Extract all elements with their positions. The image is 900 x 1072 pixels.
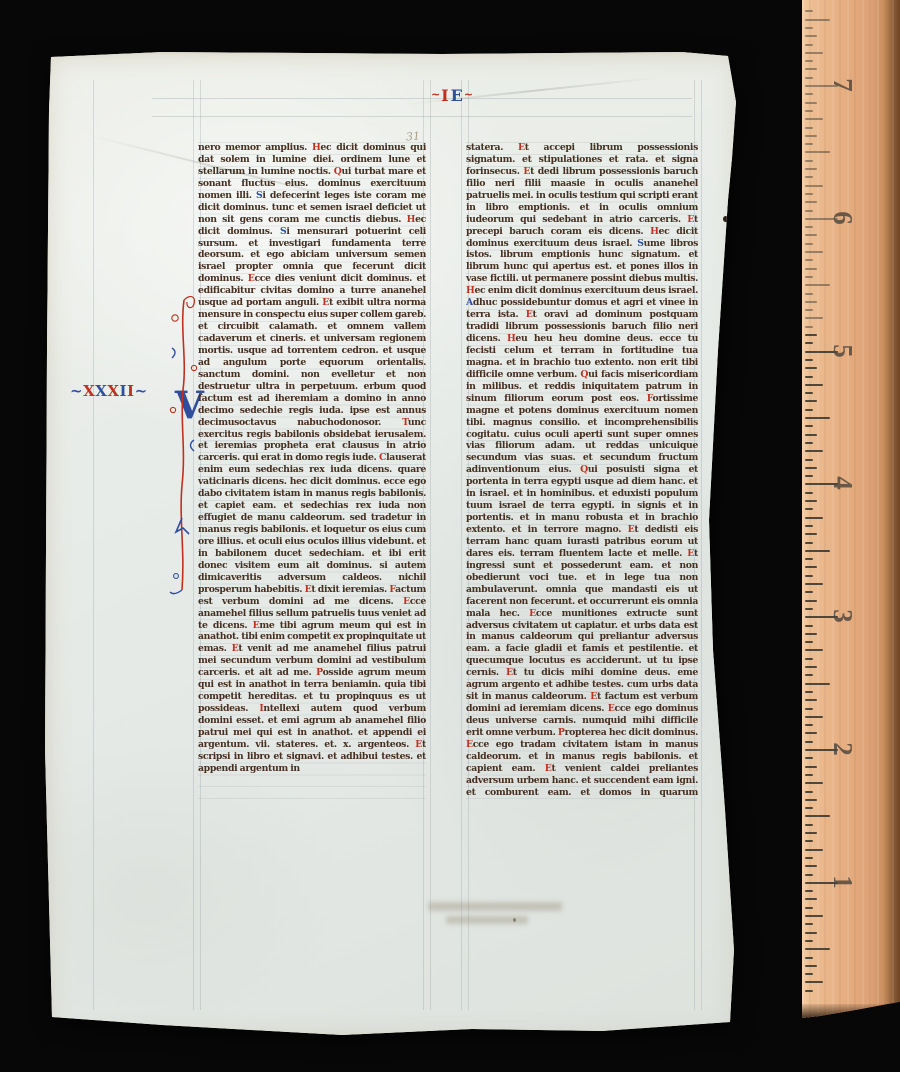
ruler-tick	[805, 135, 817, 137]
ruler-tick	[805, 301, 817, 303]
ruler-tick	[805, 434, 817, 436]
ruling-line	[461, 80, 462, 1010]
ruler-tick	[805, 791, 813, 793]
header-flourish-left-icon: ~	[431, 88, 440, 101]
ruler-tick	[805, 948, 830, 950]
ruler-tick	[805, 973, 813, 975]
ruler-tick	[805, 633, 817, 635]
ruler-tick	[805, 649, 823, 651]
ruler-tick	[805, 874, 813, 876]
ruler-tick	[805, 815, 830, 817]
ruler-tick	[805, 193, 813, 195]
header-letter-e: E	[450, 86, 464, 105]
ruler-tick	[805, 741, 813, 743]
ruler-tick	[805, 849, 823, 851]
header-flourish-right-icon: ~	[464, 88, 473, 101]
ruler-number: 7	[828, 70, 858, 100]
ruler-tick	[805, 550, 830, 552]
ruler-bottom-edge	[802, 1004, 900, 1018]
ruler-number: 6	[828, 203, 858, 233]
ruler-tick	[805, 110, 813, 112]
ruler-tick	[805, 168, 817, 170]
ruler-tick	[805, 60, 813, 62]
ruler-tick	[805, 334, 817, 336]
ruler-tick	[805, 542, 813, 544]
ruler-tick	[805, 699, 817, 701]
manuscript-leaf: ~IE~ 31 ~XXXII~ V nero memor ampl	[42, 50, 742, 1042]
ruler-tick	[805, 625, 813, 627]
ruler-tick	[805, 19, 830, 21]
ruler-tick	[805, 276, 813, 278]
ruling-line	[430, 80, 431, 1010]
ruler-tick	[805, 600, 817, 602]
ruler-tick	[805, 683, 830, 685]
ruler-number: 5	[828, 336, 858, 366]
ruler-tick	[805, 782, 823, 784]
ruler-tick	[805, 857, 813, 859]
ruler-number: 4	[828, 468, 858, 498]
ruler-tick	[805, 77, 813, 79]
text-column-right: statera. Et accepi librum possessionis s…	[466, 142, 698, 800]
ruler-tick	[805, 732, 817, 734]
ruler-tick	[805, 93, 813, 95]
ruler-tick	[805, 641, 813, 643]
ruler-tick	[805, 840, 813, 842]
ruler-tick	[805, 293, 813, 295]
ruler-tick	[805, 376, 813, 378]
ruler-tick	[805, 160, 813, 162]
ruler-tick	[805, 226, 813, 228]
ruler-tick	[805, 27, 813, 29]
ruler-tick	[805, 965, 817, 967]
ruler-tick	[805, 674, 813, 676]
ruling-line	[93, 80, 94, 1010]
ruler-tick	[805, 284, 830, 286]
ruler-tick	[805, 724, 813, 726]
ruling-line	[701, 80, 702, 1010]
ruler-tick	[805, 317, 823, 319]
ruler-tick	[805, 890, 813, 892]
ruler-tick	[805, 525, 813, 527]
ruler-tick	[805, 608, 813, 610]
ruler-tick	[805, 467, 817, 469]
ruler-tick	[805, 234, 817, 236]
ruler-tick	[805, 981, 823, 983]
ruler-tick	[805, 309, 813, 311]
showthrough-inscription	[446, 916, 528, 924]
ruler-tick	[805, 392, 813, 394]
ink-spot	[721, 570, 725, 575]
ruler-tick	[805, 442, 813, 444]
ruler-tick	[805, 658, 813, 660]
ruler-tick	[805, 459, 813, 461]
ruler-tick	[805, 915, 823, 917]
ruler-tick	[805, 326, 813, 328]
showthrough-inscription	[428, 902, 562, 911]
ruling-line	[152, 116, 692, 117]
ruler-number: 1	[828, 867, 858, 897]
ruler-tick	[805, 757, 813, 759]
ruler-tick	[805, 907, 813, 909]
ruler-tick	[805, 417, 830, 419]
ruler-tick	[805, 716, 823, 718]
ruler-tick	[805, 533, 817, 535]
ruler-tick	[805, 243, 813, 245]
ruler-number: 2	[828, 734, 858, 764]
ruler-tick	[805, 932, 817, 934]
ruler-tick	[805, 151, 830, 153]
ruler-tick	[805, 44, 813, 46]
parchment: ~IE~ 31 ~XXXII~ V nero memor ampl	[42, 50, 742, 1042]
ruler-tick	[805, 259, 813, 261]
ruler-tick	[805, 566, 817, 568]
ruler-tick	[805, 508, 813, 510]
ruler-tick	[805, 210, 813, 212]
ruler-tick	[805, 575, 813, 577]
ruler-tick	[805, 176, 813, 178]
ruler-tick	[805, 957, 813, 959]
ruler-tick	[805, 990, 813, 992]
ink-spot	[717, 628, 721, 632]
wooden-ruler: 7654321	[802, 0, 900, 1018]
ruler-tick	[805, 940, 813, 942]
ruler-tick	[805, 127, 813, 129]
ruler-tick	[805, 558, 813, 560]
ruler-tick	[805, 923, 813, 925]
ruler-tick	[805, 807, 813, 809]
ruler-tick	[805, 68, 817, 70]
ruler-tick	[805, 400, 817, 402]
text-column-left: nero memor amplius. Hec dicit dominus qu…	[198, 142, 426, 800]
ruler-tick	[805, 425, 813, 427]
ruler-tick	[805, 384, 823, 386]
ink-spot	[723, 216, 728, 222]
ruler-tick	[805, 102, 817, 104]
photo-stage: ~IE~ 31 ~XXXII~ V nero memor ampl	[0, 0, 900, 1072]
ruler-tick	[805, 52, 823, 54]
ruler-tick	[805, 359, 813, 361]
ruler-tick	[805, 766, 817, 768]
ruler-tick	[805, 799, 817, 801]
ruler-tick	[805, 583, 823, 585]
ruler-tick	[805, 201, 817, 203]
ruler-tick	[805, 143, 813, 145]
ruler-tick	[805, 774, 813, 776]
ruler-tick	[805, 10, 813, 12]
ruler-tick	[805, 824, 813, 826]
ruler-number: 3	[828, 601, 858, 631]
running-header: ~IE~	[372, 86, 532, 105]
ruler-tick	[805, 666, 817, 668]
ruler-tick	[805, 342, 813, 344]
ruler-tick	[805, 251, 823, 253]
ruler-tick	[805, 492, 813, 494]
ruler-tick	[805, 898, 817, 900]
ruler-tick	[805, 591, 813, 593]
header-letter-i: I	[440, 86, 449, 105]
ruler-tick	[805, 35, 817, 37]
ruler-tick	[805, 517, 823, 519]
ruler-tick	[805, 475, 813, 477]
ruler-tick	[805, 367, 817, 369]
ruler-tick	[805, 185, 823, 187]
ruler-tick	[805, 500, 817, 502]
ruler-tick	[805, 708, 813, 710]
ruler-tick	[805, 691, 813, 693]
ruler-tick	[805, 409, 813, 411]
ruler-tick	[805, 268, 817, 270]
ruler-tick	[805, 450, 823, 452]
ruler-tick	[805, 118, 823, 120]
ruler-tick	[805, 832, 817, 834]
ruler-tick	[805, 865, 817, 867]
